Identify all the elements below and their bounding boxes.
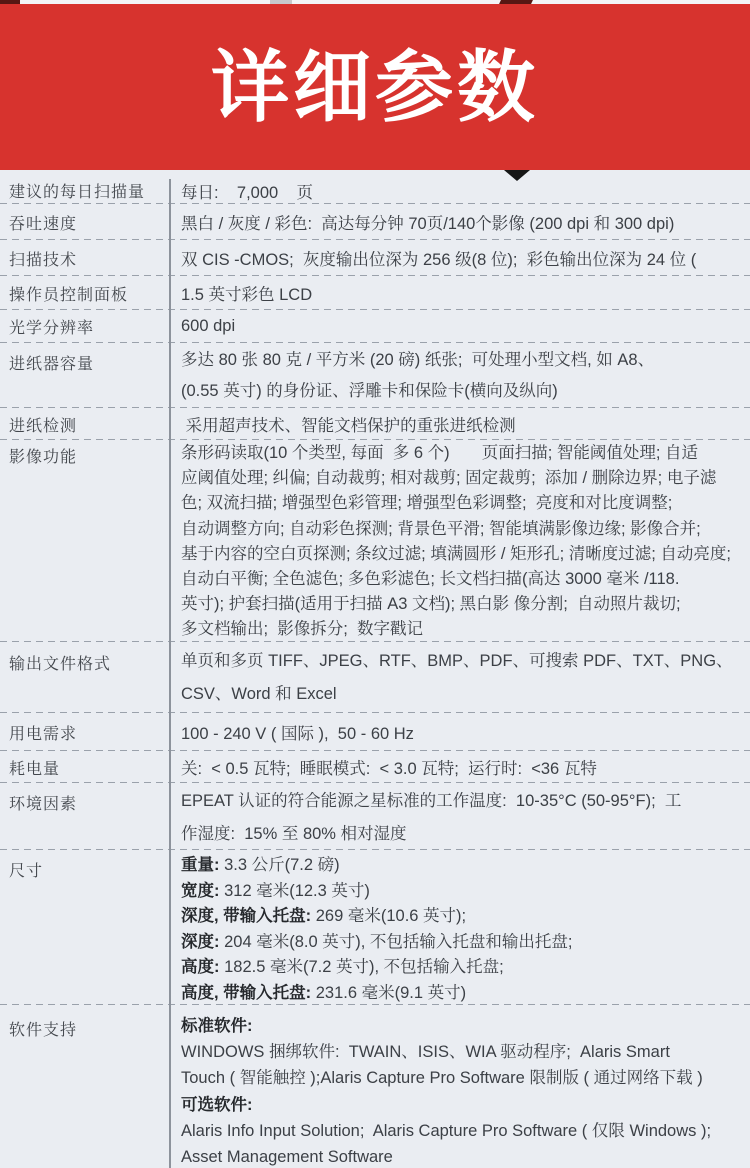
spec-text: 100 - 240 V ( 国际 ), 50 - 60 Hz [181,725,414,743]
spec-line: 深度, 带输入托盘: 269 毫米(10.6 英寸); [181,904,750,930]
spec-line: 可选软件: [181,1092,750,1118]
spec-line: 应阈值处理; 纠偏; 自动裁剪; 相对裁剪; 固定裁剪; 添加 / 删除边界; … [181,466,750,491]
spec-label: 耗电量 [0,756,170,779]
spec-label: 环境因素 [0,783,170,814]
spec-value: 黑白 / 灰度 / 彩色: 高达每分钟 70页/140个影像 (200 dpi … [170,210,750,234]
spec-term-bold: 深度, 带输入托盘: [181,907,316,925]
spec-line: EPEAT 认证的符合能源之星标准的工作温度: 10-35°C (50-95°F… [181,785,750,818]
spec-text: Alaris Info Input Solution; Alaris Captu… [181,1122,711,1140]
spec-label: 扫描技术 [0,247,170,270]
spec-table: 建议的每日扫描量每日: 7,000 页吞吐速度黑白 / 灰度 / 彩色: 高达每… [0,177,750,1168]
spec-text: 自动调整方向; 自动彩色探测; 背景色平滑; 智能填满影像边缘; 影像合并; [181,520,701,538]
spec-text: CSV、Word 和 Excel [181,685,337,703]
spec-line: 作湿度: 15% 至 80% 相对湿度 [181,818,750,851]
spec-text: 每日: 7,000 页 [181,184,313,202]
spec-term-bold: 重量: [181,856,224,874]
spec-term-bold: 高度, 带输入托盘: [181,984,316,1002]
spec-line: 自动调整方向; 自动彩色探测; 背景色平滑; 智能填满影像边缘; 影像合并; [181,517,750,542]
spec-term-bold: 标准软件: [181,1017,253,1035]
page-title: 详细参数 [211,48,539,126]
spec-text: 色; 双流扫描; 增强型色彩管理; 增强型色彩调整; 亮度和对比度调整; [181,494,672,512]
spec-term-bold: 深度: [181,933,224,951]
spec-line: 深度: 204 毫米(8.0 英寸), 不包括输入托盘和输出托盘; [181,930,750,956]
spec-text: 多达 80 张 80 克 / 平方米 (20 磅) 纸张; 可处理小型文档, 如… [181,351,654,369]
spec-line: 关: < 0.5 瓦特; 睡眠模式: < 3.0 瓦特; 运行时: <36 瓦特 [181,755,750,779]
table-row: 尺寸重量: 3.3 公斤(7.2 磅)宽度: 312 毫米(12.3 英寸)深度… [0,850,750,1005]
spec-label: 吞吐速度 [0,211,170,234]
spec-label: 建议的每日扫描量 [0,179,170,202]
spec-line: 宽度: 312 毫米(12.3 英寸) [181,879,750,905]
spec-value: 条形码读取(10 个类型, 每面 多 6 个) 页面扫描; 智能阈值处理; 自适… [170,440,750,643]
spec-line: CSV、Word 和 Excel [181,678,750,711]
table-row: 吞吐速度黑白 / 灰度 / 彩色: 高达每分钟 70页/140个影像 (200 … [0,204,750,240]
spec-label: 尺寸 [0,850,170,881]
spec-line: 色; 双流扫描; 增强型色彩管理; 增强型色彩调整; 亮度和对比度调整; [181,491,750,516]
spec-value: 采用超声技术、智能文档保护的重张进纸检测 [170,412,750,436]
spec-text: WINDOWS 捆绑软件: TWAIN、ISIS、WIA 驱动程序; Alari… [181,1043,670,1061]
spec-text: 英寸); 护套扫描(适用于扫描 A3 文档); 黑白影 像分割; 自动照片裁切; [181,595,681,613]
spec-term-bold: 宽度: [181,882,224,900]
spec-line: 自动白平衡; 全色滤色; 多色彩滤色; 长文档扫描(高达 3000 毫米 /11… [181,567,750,592]
spec-term-bold: 可选软件: [181,1096,253,1114]
spec-value: EPEAT 认证的符合能源之星标准的工作温度: 10-35°C (50-95°F… [170,783,750,851]
spec-value: 600 dpi [170,317,750,336]
spec-label: 用电需求 [0,721,170,744]
table-row: 进纸器容量多达 80 张 80 克 / 平方米 (20 磅) 纸张; 可处理小型… [0,343,750,408]
spec-line: 采用超声技术、智能文档保护的重张进纸检测 [181,412,750,436]
spec-value: 每日: 7,000 页 [170,179,750,203]
spec-line: 多达 80 张 80 克 / 平方米 (20 磅) 纸张; 可处理小型文档, 如… [181,345,750,376]
spec-line: 条形码读取(10 个类型, 每面 多 6 个) 页面扫描; 智能阈值处理; 自适 [181,441,750,466]
table-row: 光学分辨率600 dpi [0,310,750,343]
spec-line: 基于内容的空白页探测; 条纹过滤; 填满圆形 / 矩形孔; 清晰度过滤; 自动亮… [181,542,750,567]
spec-value: 关: < 0.5 瓦特; 睡眠模式: < 3.0 瓦特; 运行时: <36 瓦特 [170,755,750,779]
spec-text: 作湿度: 15% 至 80% 相对湿度 [181,825,407,843]
spec-label: 影像功能 [0,440,170,467]
spec-value: 单页和多页 TIFF、JPEG、RTF、BMP、PDF、可搜索 PDF、TXT、… [170,642,750,711]
spec-line: 100 - 240 V ( 国际 ), 50 - 60 Hz [181,720,750,744]
spec-text: 3.3 公斤(7.2 磅) [224,856,340,874]
top-edge-artifact [0,0,20,4]
table-row: 用电需求100 - 240 V ( 国际 ), 50 - 60 Hz [0,713,750,751]
spec-value: 重量: 3.3 公斤(7.2 磅)宽度: 312 毫米(12.3 英寸)深度, … [170,850,750,1007]
spec-text: EPEAT 认证的符合能源之星标准的工作温度: 10-35°C (50-95°F… [181,792,681,810]
spec-value: 标准软件:WINDOWS 捆绑软件: TWAIN、ISIS、WIA 驱动程序; … [170,1005,750,1168]
spec-text: (0.55 英寸) 的身份证、浮雕卡和保险卡(横向及纵向) [181,382,558,400]
spec-line: WINDOWS 捆绑软件: TWAIN、ISIS、WIA 驱动程序; Alari… [181,1039,750,1065]
spec-text: 条形码读取(10 个类型, 每面 多 6 个) 页面扫描; 智能阈值处理; 自适 [181,444,698,462]
table-row: 操作员控制面板1.5 英寸彩色 LCD [0,276,750,310]
spec-line: 600 dpi [181,317,750,336]
table-row: 环境因素EPEAT 认证的符合能源之星标准的工作温度: 10-35°C (50-… [0,783,750,850]
spec-line: 1.5 英寸彩色 LCD [181,281,750,305]
spec-line: 高度, 带输入托盘: 231.6 毫米(9.1 英寸) [181,981,750,1007]
table-row: 进纸检测 采用超声技术、智能文档保护的重张进纸检测 [0,408,750,440]
spec-text: 应阈值处理; 纠偏; 自动裁剪; 相对裁剪; 固定裁剪; 添加 / 删除边界; … [181,469,716,487]
section-banner: 详细参数 [0,4,750,170]
spec-text: 多文档输出; 影像拆分; 数字戳记 [181,620,423,638]
spec-text: 双 CIS -CMOS; 灰度输出位深为 256 级(8 位); 彩色输出位深为… [181,251,696,269]
top-edge-strip [0,0,750,4]
spec-text: 231.6 毫米(9.1 英寸) [316,984,466,1002]
spec-label: 进纸检测 [0,413,170,436]
spec-value: 1.5 英寸彩色 LCD [170,281,750,305]
spec-text: Touch ( 智能触控 );Alaris Capture Pro Softwa… [181,1069,703,1087]
spec-label: 操作员控制面板 [0,282,170,305]
spec-label: 软件支持 [0,1005,170,1040]
spec-text: 采用超声技术、智能文档保护的重张进纸检测 [181,417,516,435]
spec-line: 多文档输出; 影像拆分; 数字戳记 [181,617,750,642]
spec-text: 182.5 毫米(7.2 英寸), 不包括输入托盘; [224,958,504,976]
table-row: 软件支持标准软件:WINDOWS 捆绑软件: TWAIN、ISIS、WIA 驱动… [0,1005,750,1168]
spec-line: 标准软件: [181,1013,750,1039]
spec-line: 高度: 182.5 毫米(7.2 英寸), 不包括输入托盘; [181,955,750,981]
spec-rows: 建议的每日扫描量每日: 7,000 页吞吐速度黑白 / 灰度 / 彩色: 高达每… [0,177,750,1168]
column-divider [169,179,171,1168]
spec-label: 输出文件格式 [0,642,170,674]
spec-text: 1.5 英寸彩色 LCD [181,286,312,304]
spec-value: 多达 80 张 80 克 / 平方米 (20 磅) 纸张; 可处理小型文档, 如… [170,343,750,407]
spec-value: 100 - 240 V ( 国际 ), 50 - 60 Hz [170,720,750,744]
spec-line: (0.55 英寸) 的身份证、浮雕卡和保险卡(横向及纵向) [181,376,750,407]
spec-text: Asset Management Software [181,1148,393,1166]
spec-text: 黑白 / 灰度 / 彩色: 高达每分钟 70页/140个影像 (200 dpi … [181,215,674,233]
spec-text: 关: < 0.5 瓦特; 睡眠模式: < 3.0 瓦特; 运行时: <36 瓦特 [181,760,597,778]
spec-line: 双 CIS -CMOS; 灰度输出位深为 256 级(8 位); 彩色输出位深为… [181,246,750,270]
spec-text: 自动白平衡; 全色滤色; 多色彩滤色; 长文档扫描(高达 3000 毫米 /11… [181,570,679,588]
top-edge-artifact [270,0,292,4]
top-edge-artifact [499,0,533,4]
spec-text: 单页和多页 TIFF、JPEG、RTF、BMP、PDF、可搜索 PDF、TXT、… [181,652,733,670]
table-row: 输出文件格式单页和多页 TIFF、JPEG、RTF、BMP、PDF、可搜索 PD… [0,642,750,713]
spec-line: 单页和多页 TIFF、JPEG、RTF、BMP、PDF、可搜索 PDF、TXT、… [181,645,750,678]
spec-line: Asset Management Software [181,1144,750,1168]
table-row: 影像功能条形码读取(10 个类型, 每面 多 6 个) 页面扫描; 智能阈值处理… [0,440,750,642]
table-row: 耗电量关: < 0.5 瓦特; 睡眠模式: < 3.0 瓦特; 运行时: <36… [0,751,750,783]
spec-label: 光学分辨率 [0,315,170,338]
spec-label: 进纸器容量 [0,343,170,374]
product-spec-page: 详细参数 建议的每日扫描量每日: 7,000 页吞吐速度黑白 / 灰度 / 彩色… [0,0,750,1168]
spec-text: 269 毫米(10.6 英寸); [316,907,466,925]
spec-line: 重量: 3.3 公斤(7.2 磅) [181,853,750,879]
spec-text: 204 毫米(8.0 英寸), 不包括输入托盘和输出托盘; [224,933,572,951]
spec-line: Alaris Info Input Solution; Alaris Captu… [181,1118,750,1144]
spec-line: Touch ( 智能触控 );Alaris Capture Pro Softwa… [181,1065,750,1091]
spec-text: 600 dpi [181,317,235,335]
table-row: 扫描技术双 CIS -CMOS; 灰度输出位深为 256 级(8 位); 彩色输… [0,240,750,276]
spec-term-bold: 高度: [181,958,224,976]
spec-line: 每日: 7,000 页 [181,179,750,203]
spec-value: 双 CIS -CMOS; 灰度输出位深为 256 级(8 位); 彩色输出位深为… [170,246,750,270]
spec-text: 基于内容的空白页探测; 条纹过滤; 填满圆形 / 矩形孔; 清晰度过滤; 自动亮… [181,545,731,563]
spec-text: 312 毫米(12.3 英寸) [224,882,370,900]
spec-line: 英寸); 护套扫描(适用于扫描 A3 文档); 黑白影 像分割; 自动照片裁切; [181,592,750,617]
table-row: 建议的每日扫描量每日: 7,000 页 [0,177,750,204]
spec-line: 黑白 / 灰度 / 彩色: 高达每分钟 70页/140个影像 (200 dpi … [181,210,750,234]
